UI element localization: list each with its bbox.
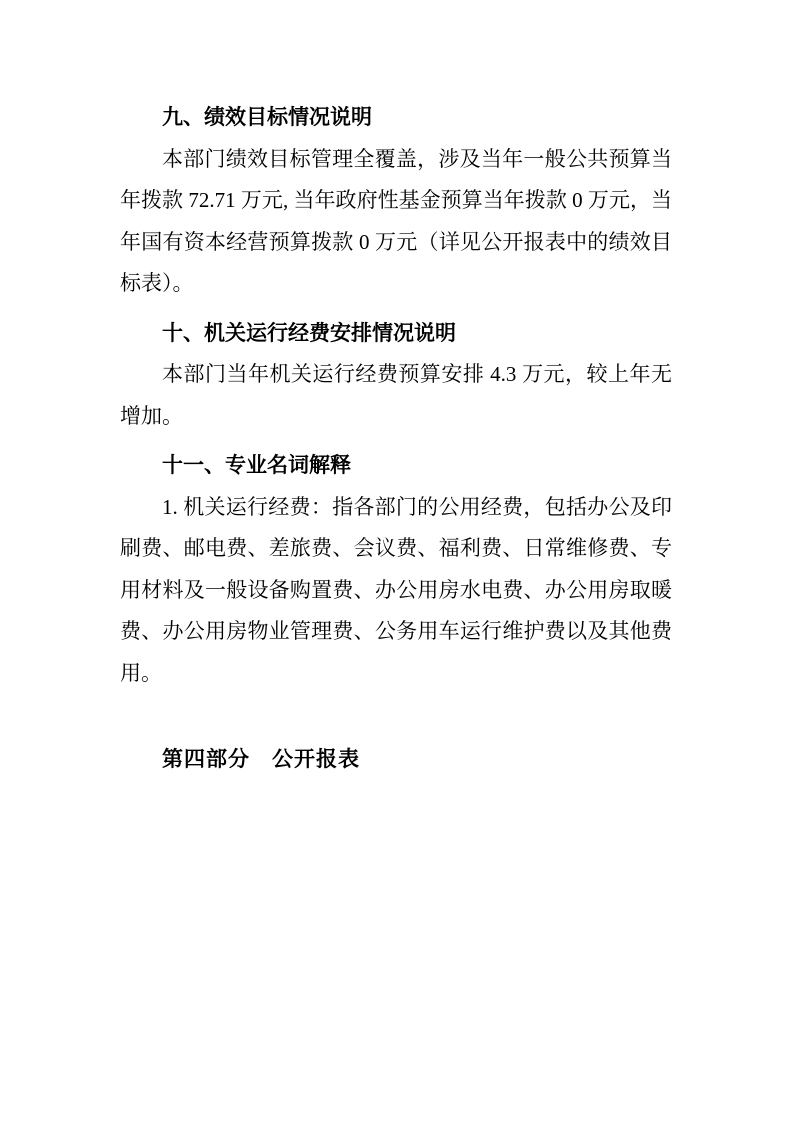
section-operating-expenses-paragraph: 本部门当年机关运行经费预算安排 4.3 万元，较上年无增加。 [120,354,672,437]
section-performance-targets-paragraph: 本部门绩效目标管理全覆盖，涉及当年一般公共预算当年拨款 72.71 万元, 当年… [120,139,672,305]
section-heading-terminology: 十一、专业名词解释 [120,445,672,487]
part-heading-public-reports: 第四部分 公开报表 [120,739,672,781]
document-page: 九、绩效目标情况说明 本部门绩效目标管理全覆盖，涉及当年一般公共预算当年拨款 7… [0,0,793,1122]
section-terminology-paragraph: 1. 机关运行经费：指各部门的公用经费，包括办公及印刷费、邮电费、差旅费、会议费… [120,487,672,695]
section-heading-operating-expenses: 十、机关运行经费安排情况说明 [120,313,672,355]
section-heading-performance-targets: 九、绩效目标情况说明 [120,97,672,139]
